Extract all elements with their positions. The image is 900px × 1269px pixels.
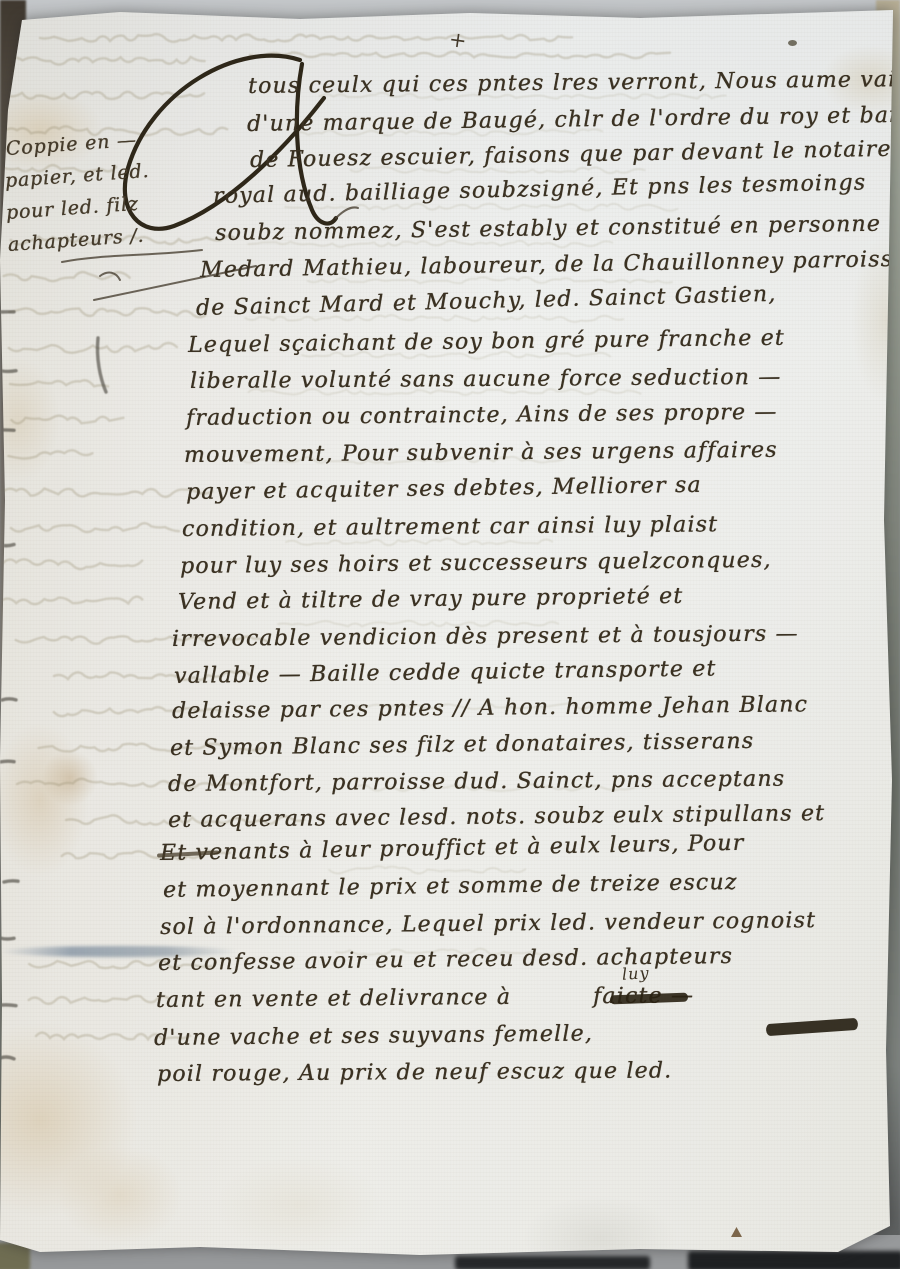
manuscript-photo: + Coppie en —papier, et led.pour led. fi… <box>0 0 900 1269</box>
manuscript-line: irrevocable vendicion dès present et à t… <box>172 624 799 651</box>
paper-sheet-wrapper: + Coppie en —papier, et led.pour led. fi… <box>0 0 900 1269</box>
paper-sheet: + Coppie en —papier, et led.pour led. fi… <box>0 0 900 1269</box>
ink-speck <box>788 40 797 46</box>
manuscript-line: condition, et aultrement car ainsi luy p… <box>182 514 718 541</box>
cross-mark: + <box>447 27 468 53</box>
interline-insertion: luy <box>622 963 650 983</box>
manuscript-line: de Montfort, parroisse dud. Sainct, pns … <box>168 769 785 796</box>
manuscript-line: d'une vache et ses suyvans femelle, <box>154 1023 593 1050</box>
manuscript-line: poil rouge, Au prix de neuf escuz que le… <box>157 1060 672 1086</box>
manuscript-line: liberalle volunté sans aucune force sedu… <box>190 367 782 393</box>
manuscript-line: mouvement, Pour subvenir à ses urgens af… <box>184 440 778 467</box>
